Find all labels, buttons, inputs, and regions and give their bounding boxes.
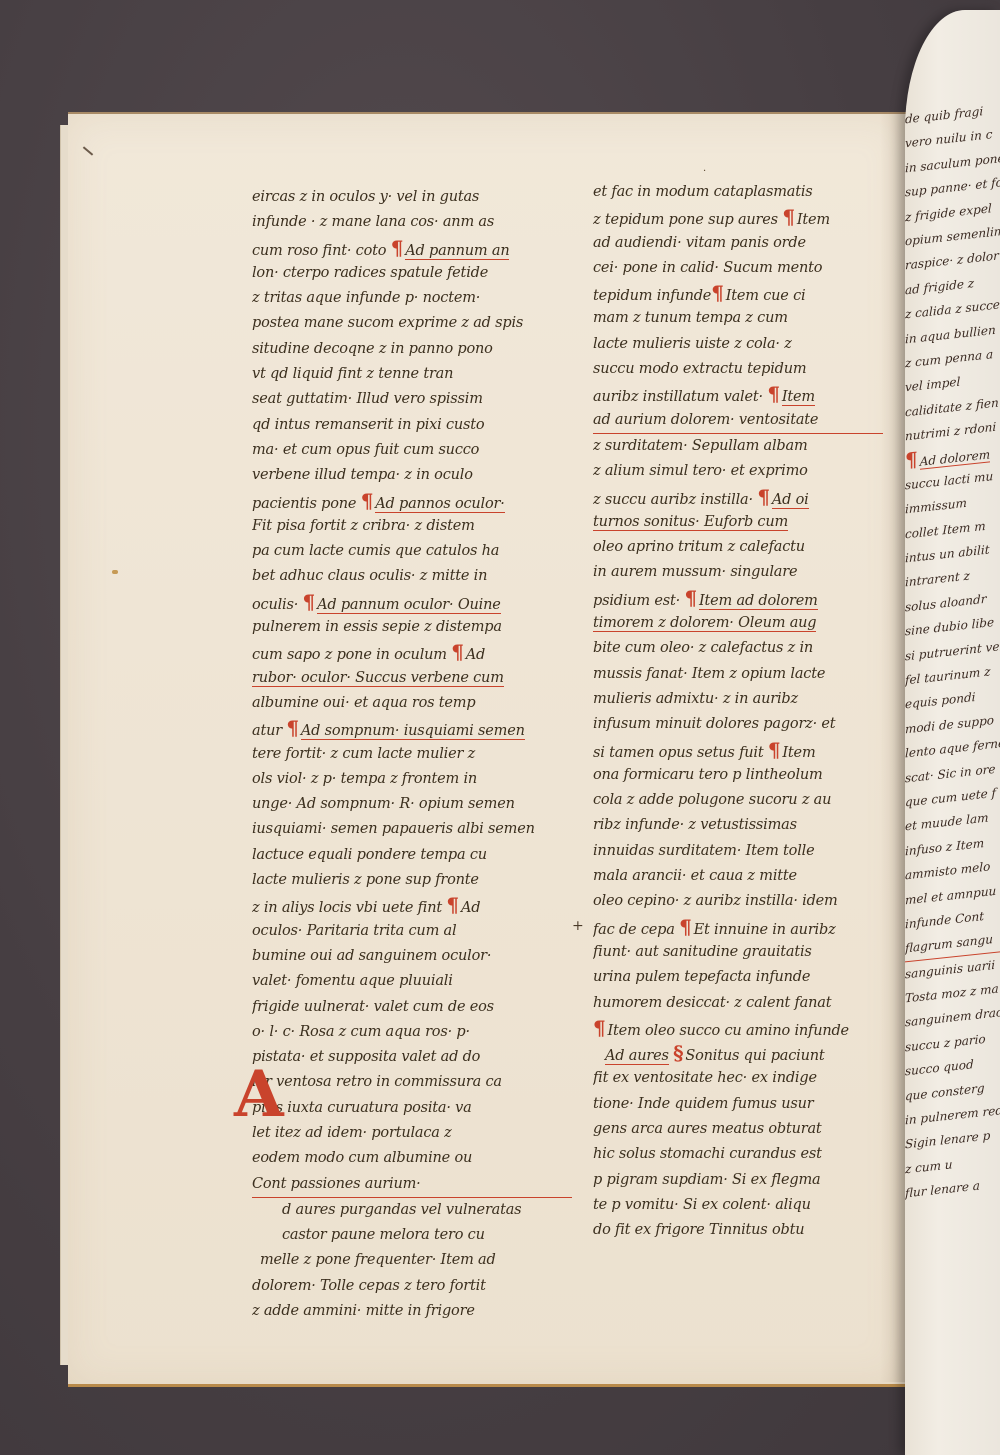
text-line: let itez ad idem· portulaca z: [252, 1121, 572, 1146]
rubric-pilcrow-icon: ¶: [679, 915, 692, 939]
rubric-heading: Item: [797, 212, 830, 228]
text-line: do fit ex frigore Tinnitus obtu: [593, 1218, 883, 1243]
text-line: timorem z dolorem· Oleum aug: [593, 611, 883, 636]
text-line: Fit pisa fortit z cribra· z distem: [252, 514, 572, 539]
text-line: eircas z in oculos y· vel in gutas: [252, 185, 572, 210]
text-line: si tamen opus setus fuit ¶Item: [593, 738, 883, 763]
text-line: d aures purgandas vel vulneratas: [252, 1198, 572, 1223]
rubric-pilcrow-icon: §: [673, 1041, 683, 1065]
text-line: cola z adde polugone sucoru z au: [593, 788, 883, 813]
text-line: lor ventosa retro in commissura ca: [252, 1070, 572, 1095]
text-line: melle z pone frequenter· Item ad: [252, 1248, 572, 1273]
text-line: z adde ammini· mitte in frigore: [252, 1299, 572, 1324]
text-line: oculos· Paritaria trita cum al: [252, 919, 572, 944]
text-line: pacientis pone ¶Ad pannos oculor·: [252, 489, 572, 514]
rubric-heading: Ad: [466, 647, 485, 663]
text-line: succu modo extractu tepidum: [593, 357, 883, 382]
rubric-heading: Item ad dolorem: [699, 593, 818, 610]
text-line: situdine decoqne z in panno pono: [252, 337, 572, 362]
rubric-heading: Item tolle: [746, 843, 815, 859]
text-line: seat guttatim· Illud vero spissim: [252, 387, 572, 412]
text-line: tepidum infunde¶Item cue ci: [593, 281, 883, 306]
text-line: z alium simul tero· et exprimo: [593, 459, 883, 484]
text-line: lon· cterpo radices spatule fetide: [252, 261, 572, 286]
rubric-pilcrow-icon: ¶: [361, 489, 374, 513]
text-line: lacte mulieris uiste z cola· z: [593, 332, 883, 357]
text-line: bumine oui ad sanguinem oculor·: [252, 944, 572, 969]
text-line: Ad aures §Sonitus qui paciunt: [593, 1041, 883, 1066]
left-text-column: eircas z in oculos y· vel in gutas infun…: [252, 185, 572, 1324]
text-line: z succu auribz instilla· ¶Ad oi: [593, 485, 883, 510]
text-line: ols viol· z p· tempa z frontem in: [252, 767, 572, 792]
text-line: valet· fomentu aque pluuiali: [252, 969, 572, 994]
rubric-heading: Tinnitus obtu: [709, 1222, 804, 1238]
right-text-column: et fac in modum cataplasmatis z tepidum …: [593, 180, 883, 1243]
text-line: z in aliys locis vbi uete fint ¶Ad: [252, 893, 572, 918]
rubric-heading: Item: [782, 745, 815, 761]
text-line: oleo cepino· z auribz instilla· idem: [593, 889, 883, 914]
text-line: oculis· ¶Ad pannum oculor· Ouine: [252, 590, 572, 615]
text-line: cum roso fint· coto ¶Ad pannum an: [252, 236, 572, 261]
text-line: oleo aprino tritum z calefactu: [593, 535, 883, 560]
decorated-initial: A: [234, 1055, 276, 1147]
rubric-heading: Et innuine in auribz: [694, 922, 836, 938]
text-line: eodem modo cum albumine ou: [252, 1146, 572, 1171]
text-line: vt qd liquid fint z tenne tran: [252, 362, 572, 387]
text-line: in aurem mussum· singulare: [593, 560, 883, 585]
rubric-pilcrow-icon: ¶: [905, 447, 918, 472]
rubric-heading: Ad: [461, 900, 480, 916]
text-line: albumine oui· et aqua ros temp: [252, 691, 572, 716]
rubric-heading: Sonitus qui paciunt: [685, 1048, 824, 1064]
margin-cross-mark: +: [572, 918, 584, 934]
text-line: bet adhuc claus oculis· z mitte in: [252, 564, 572, 589]
text-line: infunde · z mane lana cos· anm as: [252, 210, 572, 235]
text-line: lactuce equali pondere tempa cu: [252, 843, 572, 868]
rubric-pilcrow-icon: ¶: [286, 716, 299, 740]
rubric-heading: Item cue ci: [726, 288, 806, 304]
text-line: mala arancii· et caua z mitte: [593, 864, 883, 889]
text-line: pitis iuxta curuatura posita· va: [252, 1096, 572, 1121]
text-line: mulieris admixtu· z in auribz: [593, 687, 883, 712]
rubric-heading: Si ex colent· aliqu: [683, 1197, 811, 1213]
text-line: frigide uulnerat· valet cum de eos: [252, 995, 572, 1020]
text-line: et fac in modum cataplasmatis: [593, 180, 883, 205]
gutter-shadow: [880, 112, 906, 1382]
text-line: tere fortit· z cum lacte mulier z: [252, 742, 572, 767]
text-line: lacte mulieris z pone sup fronte: [252, 868, 572, 893]
text-line: ad audiendi· vitam panis orde: [593, 231, 883, 256]
text-line: humorem desiccat· z calent fanat: [593, 991, 883, 1016]
rubric-heading: Ad pannum an: [405, 243, 509, 260]
text-line: infusum minuit dolores pagorz· et: [593, 712, 883, 737]
text-line: hic solus stomachi curandus est: [593, 1142, 883, 1167]
text-line: innuidas surditatem· Item tolle: [593, 839, 883, 864]
text-line: verbene illud tempa· z in oculo: [252, 463, 572, 488]
rubric-heading: Ad oi: [772, 492, 809, 509]
text-line: pulnerem in essis sepie z distempa: [252, 615, 572, 640]
rubric-pilcrow-icon: ¶: [757, 485, 770, 509]
text-line: iusquiami· semen papaueris albi semen: [252, 817, 572, 842]
text-line: psidium est· ¶Item ad dolorem: [593, 586, 883, 611]
text-line: unge· Ad sompnum· R· opium semen: [252, 792, 572, 817]
text-line: castor paune melora tero cu: [252, 1223, 572, 1248]
rubric-heading: Item: [782, 389, 815, 406]
facing-page-curl: de quib fragi vero nuilu in c in saculum…: [905, 10, 1000, 1455]
rubric-pilcrow-icon: ¶: [782, 205, 795, 229]
text-line: z surditatem· Sepullam albam: [593, 434, 883, 459]
text-line: pistata· et supposita valet ad do: [252, 1045, 572, 1070]
text-line: pa cum lacte cumis que catulos ha: [252, 539, 572, 564]
text-line: te p vomitu· Si ex colent· aliqu: [593, 1193, 883, 1218]
text-line: fiunt· aut sanitudine grauitatis: [593, 940, 883, 965]
text-line: mam z tunum tempa z cum: [593, 306, 883, 331]
section-heading: Cont passiones aurium·: [252, 1172, 572, 1198]
folio-mark: ·: [703, 166, 706, 177]
text-line: rubor· oculor· Succus verbene cum: [252, 666, 572, 691]
rubric-pilcrow-icon: ¶: [684, 586, 697, 610]
rubric-pilcrow-icon: ¶: [768, 738, 781, 762]
rubric-heading: Ad sompnum· iusquiami semen: [301, 723, 525, 740]
text-line: gens arca aures meatus obturat: [593, 1117, 883, 1142]
rubric-text-line: ad aurium dolorem· ventositate: [593, 408, 883, 434]
rubric-pilcrow-icon: ¶: [711, 281, 724, 305]
text-line: cum sapo z pone in oculum ¶Ad: [252, 640, 572, 665]
text-line: dolorem· Tolle cepas z tero fortit: [252, 1274, 572, 1299]
text-line: postea mane sucom exprime z ad spis: [252, 311, 572, 336]
text-line: atur ¶Ad sompnum· iusquiami semen: [252, 716, 572, 741]
rubric-pilcrow-icon: ¶: [303, 590, 316, 614]
rubric-pilcrow-icon: ¶: [593, 1016, 606, 1040]
rubric-pilcrow-icon: ¶: [446, 893, 459, 917]
text-line: z tepidum pone sup aures ¶Item: [593, 205, 883, 230]
text-line: ¶Item oleo succo cu amino infunde: [593, 1016, 883, 1041]
facing-page-text: de quib fragi vero nuilu in c in saculum…: [905, 93, 1000, 1206]
text-line: auribz instillatum valet· ¶Item: [593, 382, 883, 407]
text-line: urina pulem tepefacta infunde: [593, 965, 883, 990]
rubric-pilcrow-icon: ¶: [767, 382, 780, 406]
rubric-pilcrow-icon: ¶: [391, 236, 404, 260]
text-line: ribz infunde· z vetustissimas: [593, 813, 883, 838]
text-line: p pigram supdiam· Si ex flegma: [593, 1168, 883, 1193]
text-line: ona formicaru tero p lintheolum: [593, 763, 883, 788]
rubric-heading: Ad pannos oculor·: [375, 496, 504, 513]
rubric-heading: Ad pannum oculor· Ouine: [317, 597, 501, 614]
text-line: fit ex ventositate hec· ex indige: [593, 1066, 883, 1091]
text-line: mussis fanat· Item z opium lacte: [593, 662, 883, 687]
text-line: qd intus remanserit in pixi custo: [252, 413, 572, 438]
text-line: ma· et cum opus fuit cum succo: [252, 438, 572, 463]
parchment-stain: [112, 570, 118, 574]
text-line: tione· Inde quidem fumus usur: [593, 1092, 883, 1117]
rubric-heading: Si ex flegma: [732, 1172, 820, 1188]
rubric-pilcrow-icon: ¶: [451, 640, 464, 664]
text-line: o· l· c· Rosa z cum aqua ros· p·: [252, 1020, 572, 1045]
text-line: z tritas aque infunde p· noctem·: [252, 286, 572, 311]
text-line: bite cum oleo· z calefactus z in: [593, 636, 883, 661]
text-line: fac de cepa ¶Et innuine in auribz: [593, 915, 883, 940]
text-line: cei· pone in calid· Sucum mento: [593, 256, 883, 281]
text-line: turnos sonitus· Euforb cum: [593, 510, 883, 535]
